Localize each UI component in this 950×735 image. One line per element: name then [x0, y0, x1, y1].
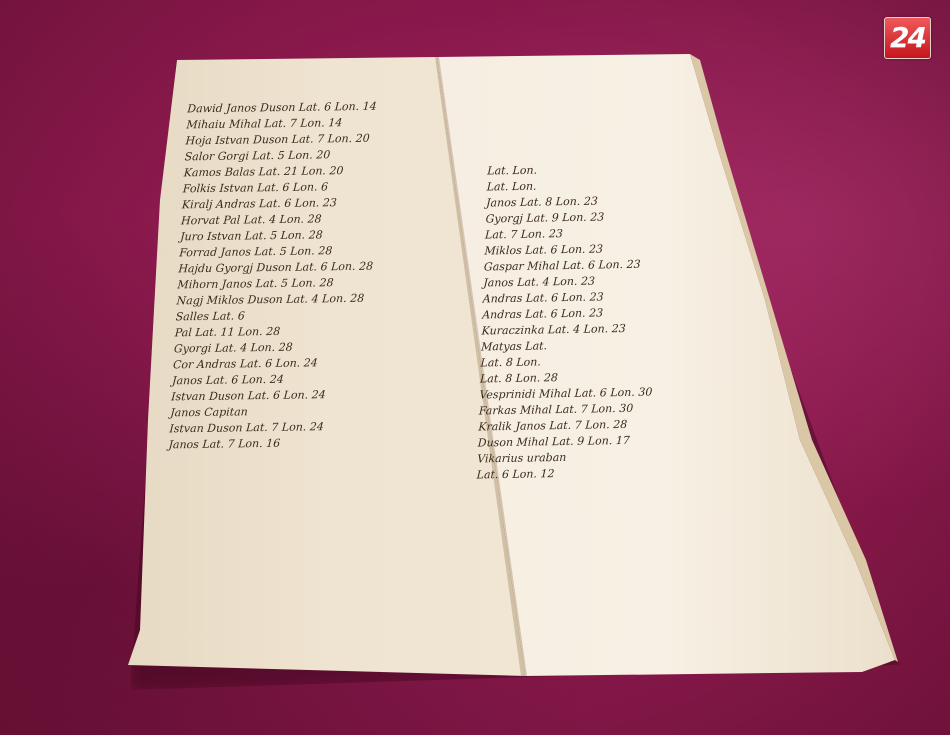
right-page-text: Lat. Lon. Lat. Lon. Janos Lat. 8 Lon. 23…	[476, 161, 660, 484]
brand-logo: 24	[884, 17, 931, 59]
text-line: Lat. 6 Lon. 12	[476, 464, 649, 483]
manuscript: Dawid Janos Duson Lat. 6 Lon. 14 Mihaiu …	[0, 0, 950, 735]
text-line: Duson Mihal Lat. 9 Lon. 17	[477, 432, 650, 451]
text-line: Nagj Miklos Duson Lat. 4 Lon. 28	[176, 291, 372, 310]
text-line: Hoja Istvan Duson Lat. 7 Lon. 20	[185, 131, 381, 150]
text-line: Gaspar Mihal Lat. 6 Lon. 23	[484, 257, 657, 276]
text-line: Janos Lat. 7 Lon. 16	[168, 435, 364, 454]
left-page-text: Dawid Janos Duson Lat. 6 Lon. 14 Mihaiu …	[168, 99, 382, 454]
text-line: Hajdu Gyorgj Duson Lat. 6 Lon. 28	[178, 259, 374, 278]
text-line: Dawid Janos Duson Lat. 6 Lon. 14	[187, 99, 383, 118]
